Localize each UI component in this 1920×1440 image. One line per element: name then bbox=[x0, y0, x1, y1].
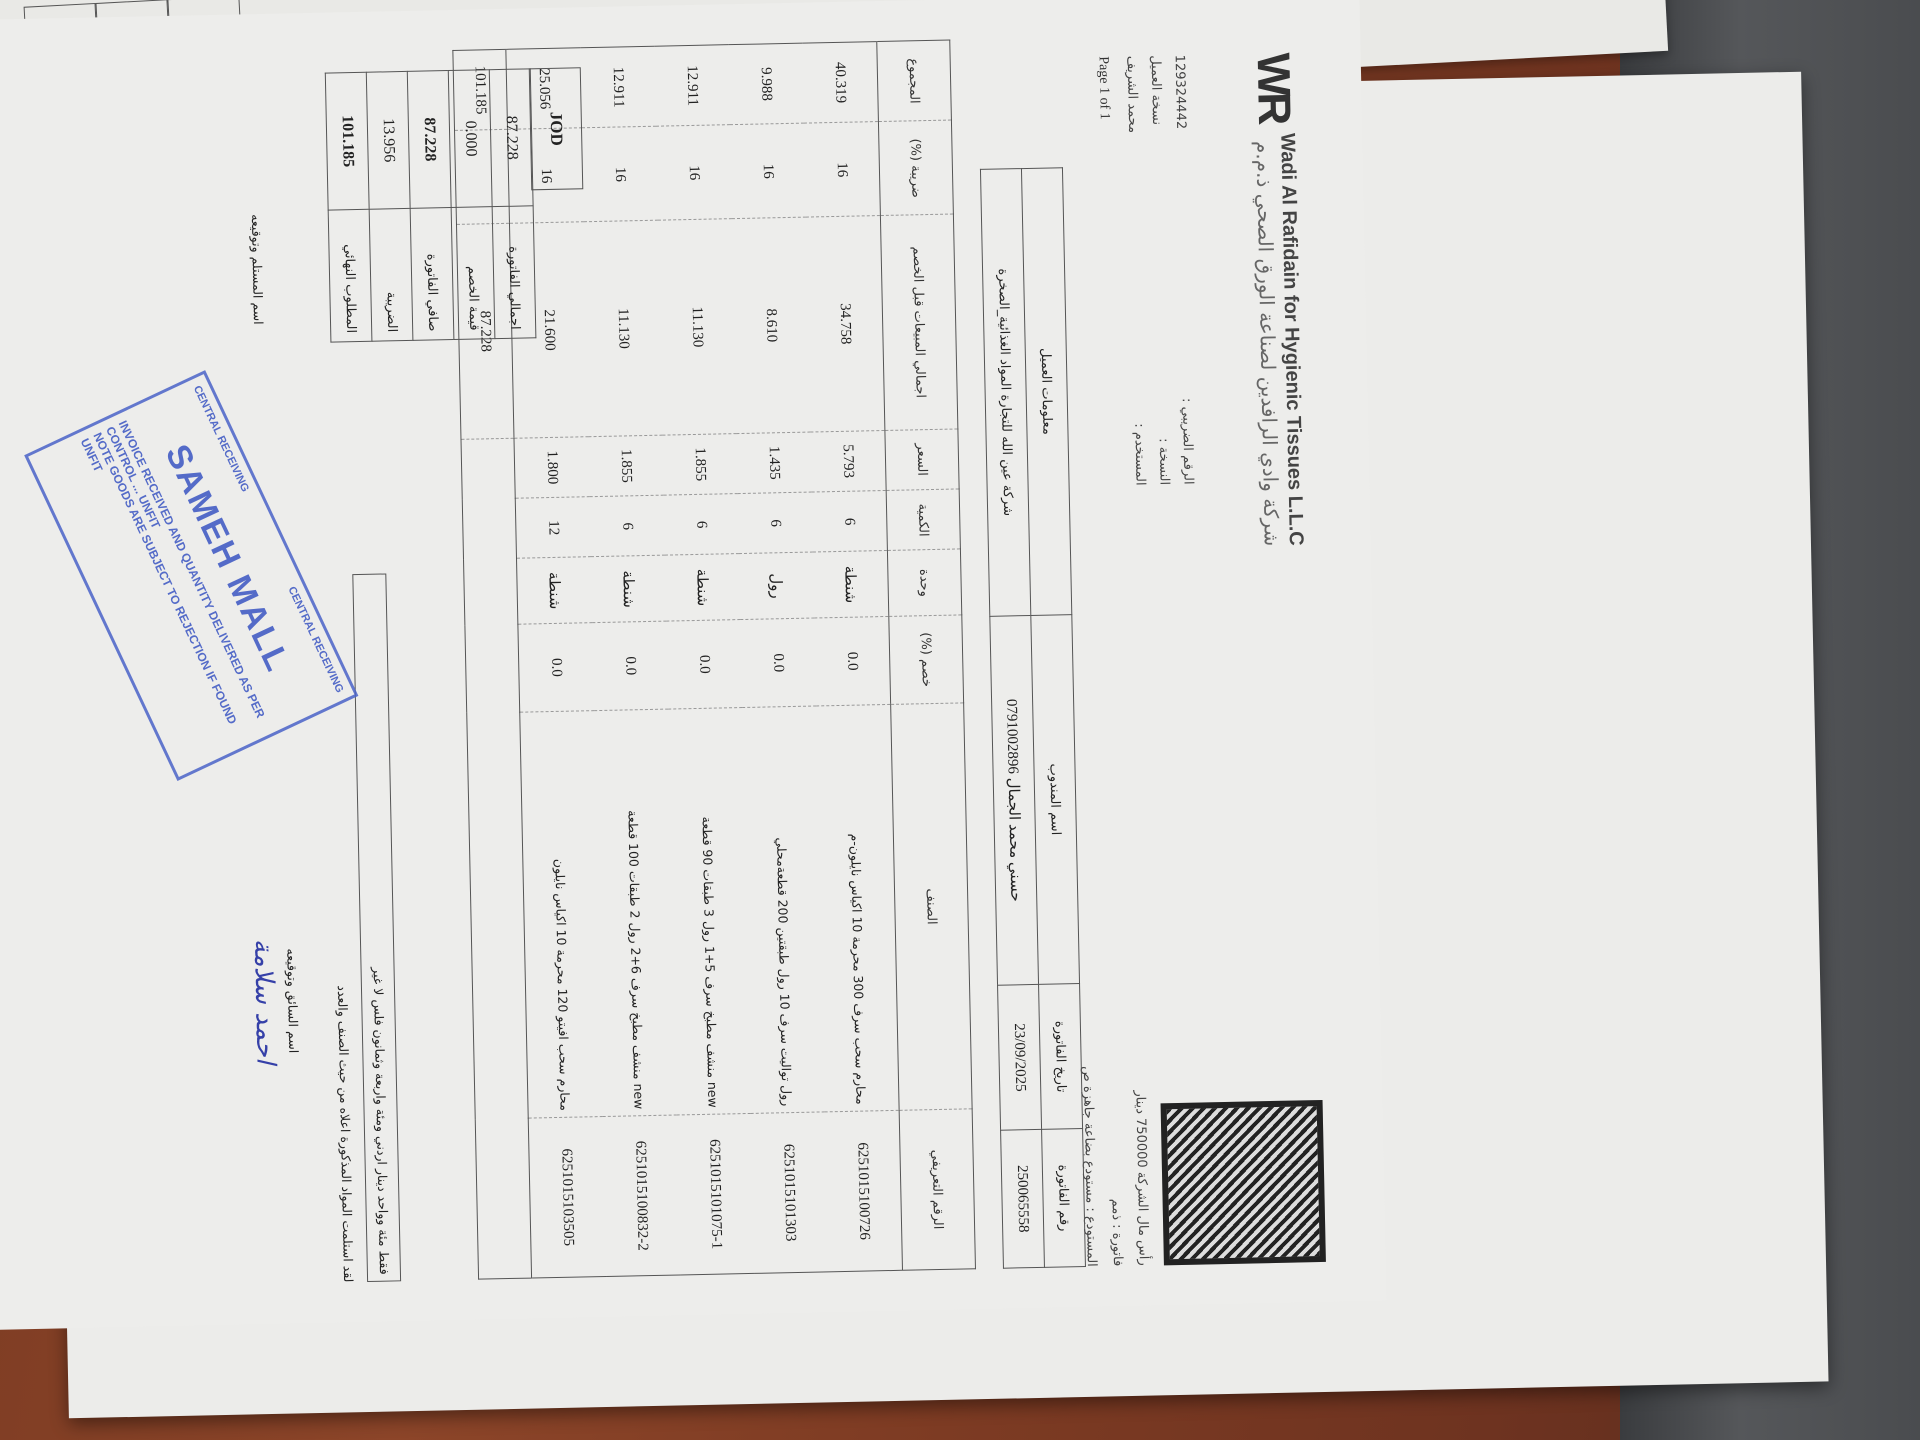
header-invoice-number: رقم الفاتورة bbox=[1042, 1129, 1086, 1268]
col-total: المجموع bbox=[877, 40, 952, 122]
invoice-page: WR Wadi Al Rafidain for Hygienic Tissues… bbox=[0, 0, 1387, 1338]
invoice-type-label: فاتورة : bbox=[1109, 1224, 1125, 1266]
user-value: محمد الشريف bbox=[1119, 56, 1145, 134]
invoice-date: 23/09/2025 bbox=[998, 985, 1042, 1131]
totals-label: الضريبة bbox=[369, 208, 413, 341]
cell-unit: شنطة bbox=[591, 556, 666, 623]
cell-qty: 6 bbox=[664, 494, 739, 556]
cell-total: 12.911 bbox=[654, 45, 730, 127]
totals-value: 13.956 bbox=[366, 71, 410, 209]
amount-in-words: فقط مئة وواحد دينار اردني ومئة واربعة وث… bbox=[352, 573, 401, 1282]
totals-label: قيمة الخصم bbox=[451, 207, 495, 340]
cell-discount: 0.0 bbox=[740, 618, 816, 707]
cell-tax: 16 bbox=[730, 123, 806, 219]
totals-row: صافي الفاتورة87.228 bbox=[407, 71, 454, 341]
invoice-number: 250065558 bbox=[1001, 1129, 1045, 1268]
cell-discount: 0.0 bbox=[518, 623, 594, 712]
qr-code bbox=[1161, 1100, 1326, 1265]
col-desc: الصنف bbox=[891, 703, 972, 1111]
driver-signature: احمد سلامة bbox=[248, 938, 281, 1064]
cell-code: 6251015100832-2 bbox=[603, 1115, 680, 1276]
cell-gross: 8.610 bbox=[732, 218, 810, 434]
copy-label: النسخة : bbox=[1151, 438, 1176, 485]
capital-label: رأس مال الشركة bbox=[1134, 1172, 1151, 1266]
col-gross: اجمالي المبيعات قبل الخصم bbox=[880, 214, 957, 430]
recipient-label: اسم المستلم وتوقيعه bbox=[249, 214, 266, 325]
tax-number-value: 129324442 bbox=[1167, 54, 1193, 129]
totals-row: اجمالي الفاتورة87.228 bbox=[489, 69, 536, 339]
cell-tax: 16 bbox=[804, 122, 880, 218]
receiving-stamp: CENTRAL RECEIVING CENTRAL RECEIVING SAME… bbox=[24, 370, 358, 781]
cell-gross: 34.758 bbox=[806, 216, 885, 432]
invoice-type-value: ذمم bbox=[1109, 1198, 1124, 1220]
invoice-info-table: رقم الفاتورة تاريخ الفاتورة اسم المندوب … bbox=[980, 167, 1086, 1268]
cell-total: 9.988 bbox=[728, 43, 804, 125]
cell-code: 6251015101075-1 bbox=[677, 1113, 754, 1274]
cell-total: 40.319 bbox=[802, 42, 878, 124]
col-qty: الكمية bbox=[886, 489, 960, 551]
cell-desc: رول تواليت سرف 10 رول طبقتين 200 قطعةمحل… bbox=[742, 706, 824, 1114]
currency-label: JOD bbox=[529, 67, 584, 190]
totals-label: المطلوب النهائي bbox=[328, 209, 372, 342]
rep-name: حسني محمد الجمال 0791002896 bbox=[990, 615, 1039, 985]
driver-label: اسم السائق وتوقيعه bbox=[284, 938, 302, 1064]
capital-value: 750000 دينار bbox=[1132, 1090, 1149, 1168]
totals-value: 87.228 bbox=[407, 71, 451, 209]
totals-value: 87.228 bbox=[489, 69, 533, 207]
cell-desc: new منشف مطبخ سرف 5+1 رول 3 طبقات 90 قطع… bbox=[668, 707, 750, 1115]
copy-value: نسخة العميل bbox=[1143, 55, 1168, 125]
col-code: الرقم التعريفي bbox=[899, 1109, 975, 1270]
totals-row: الضريبة13.956 bbox=[366, 71, 413, 341]
col-tax: ضريبة (%) bbox=[878, 120, 953, 216]
cell-unit: رول bbox=[739, 552, 814, 619]
col-unit: وحدة bbox=[887, 549, 961, 616]
cell-price: 1.855 bbox=[662, 433, 737, 495]
page-number: Page 1 of 1 bbox=[1095, 56, 1112, 120]
cell-desc: محارم سحب افيتو 120 محرمة 10 اكياس نايلو… bbox=[520, 711, 603, 1119]
tax-number-label: الرقم الضريبي : bbox=[1174, 398, 1200, 485]
cell-code: 6251015100726 bbox=[825, 1110, 903, 1271]
totals-table: اجمالي الفاتورة87.228قيمة الخصم0.000صافي… bbox=[325, 68, 537, 342]
totals-row: قيمة الخصم0.000 bbox=[448, 70, 495, 340]
totals-label: صافي الفاتورة bbox=[410, 208, 454, 341]
logo-mark: WR bbox=[1247, 52, 1302, 122]
cell-gross: 11.130 bbox=[584, 221, 662, 437]
cell-price: 1.435 bbox=[736, 432, 811, 494]
invoice-meta: رأس مال الشركة 750000 دينار فاتورة : ذمم… bbox=[1074, 1065, 1156, 1267]
cell-desc: محارم سحب سرف 300 محرمة 10 اكياس نايلون-… bbox=[816, 704, 899, 1112]
user-label: المستخدم : bbox=[1126, 423, 1151, 486]
cell-qty: 6 bbox=[812, 491, 888, 553]
col-discount: خصم (%) bbox=[889, 615, 964, 704]
cell-unit: شنطة bbox=[517, 557, 593, 624]
cell-qty: 12 bbox=[515, 497, 591, 559]
company-logo: WR Wadi Al Rafidain for Hygienic Tissues… bbox=[1247, 52, 1311, 546]
invoice-sheet: WR Wadi Al Rafidain for Hygienic Tissues… bbox=[41, 72, 1828, 1419]
header-rep: اسم المندوب bbox=[1031, 614, 1080, 984]
cell-price: 5.793 bbox=[810, 430, 886, 492]
cell-unit: شنطة bbox=[665, 554, 740, 621]
cell-qty: 6 bbox=[590, 495, 665, 557]
totals-value: 0.000 bbox=[448, 70, 492, 208]
cell-price: 1.855 bbox=[588, 435, 663, 497]
header-invoice-date: تاريخ الفاتورة bbox=[1039, 984, 1083, 1130]
cell-gross: 11.130 bbox=[658, 219, 736, 435]
cell-code: 6251015101303 bbox=[751, 1112, 828, 1273]
cell-total: 12.911 bbox=[580, 46, 656, 128]
cell-code: 6251015103505 bbox=[528, 1117, 606, 1278]
totals-label: اجمالي الفاتورة bbox=[492, 206, 536, 339]
cell-unit: شنطة bbox=[813, 551, 889, 618]
driver-signature-block: اسم السائق وتوقيعه احمد سلامة bbox=[248, 938, 302, 1064]
cell-discount: 0.0 bbox=[666, 620, 742, 709]
cell-tax: 16 bbox=[582, 127, 658, 223]
cell-discount: 0.0 bbox=[592, 621, 668, 710]
cell-desc: new منشف مطبخ سرف 6+2 رول 2 طبقات 100 قط… bbox=[594, 709, 676, 1117]
totals-value: 101.185 bbox=[325, 72, 369, 210]
cell-qty: 6 bbox=[738, 492, 813, 554]
received-note: لقد استلمت المواد المذكورة اعلاه من حيث … bbox=[335, 985, 356, 1282]
col-price: السعر bbox=[885, 429, 959, 491]
cell-discount: 0.0 bbox=[814, 616, 890, 705]
document-meta: الرقم الضريبي :129324442 النسخة :نسخة ال… bbox=[1119, 54, 1200, 485]
cell-tax: 16 bbox=[656, 125, 732, 221]
totals-row: المطلوب النهائي101.185 bbox=[325, 72, 372, 342]
cell-price: 1.800 bbox=[514, 436, 590, 498]
